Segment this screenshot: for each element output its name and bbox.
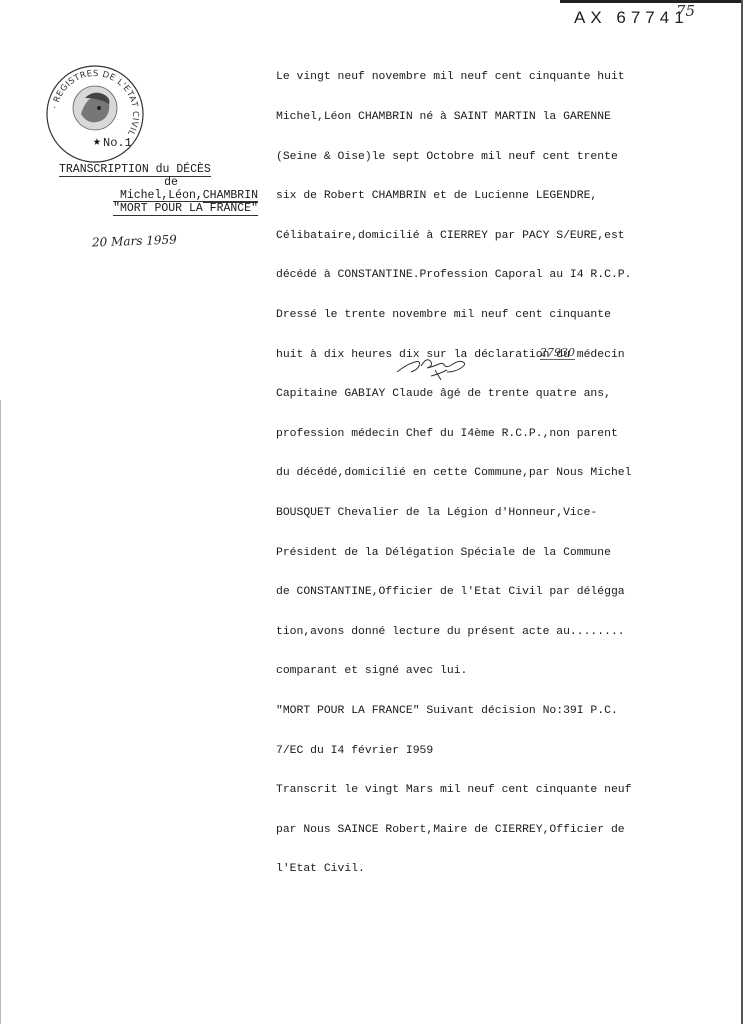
reference-suffix: 75 (676, 2, 695, 20)
handwritten-date: 20 Mars 1959 (92, 233, 177, 250)
body-line: Dressé le trente novembre mil neuf cent … (276, 309, 736, 322)
body-line: Transcrit le vingt Mars mil neuf cent ci… (276, 784, 736, 797)
margin-annotation: TRANSCRIPTION du DÉCÈS de Michel,Léon,CH… (54, 163, 268, 215)
body-line: BOUSQUET Chevalier de la Légion d'Honneu… (276, 507, 736, 520)
body-line: Président de la Délégation Spéciale de l… (276, 547, 736, 560)
body-line: Capitaine GABIAY Claude âgé de trente qu… (276, 388, 736, 401)
margin-mort-pour-la-france: "MORT POUR LA FRANCE" (54, 202, 268, 215)
body-line: comparant et signé avec lui. (276, 665, 736, 678)
body-line: (Seine & Oise)le sept Octobre mil neuf c… (276, 151, 736, 164)
body-line: 7/EC du I4 février I959 (276, 745, 736, 758)
body-line: Le vingt neuf novembre mil neuf cent cin… (276, 71, 736, 84)
body-line: tion,avons donné lecture du présent acte… (276, 626, 736, 639)
body-line: par Nous SAINCE Robert,Maire de CIERREY,… (276, 824, 736, 837)
margin-de: de (54, 176, 268, 189)
body-line: décédé à CONSTANTINE.Profession Caporal … (276, 269, 736, 282)
scan-edge-left (0, 400, 1, 1024)
registry-number: 27930 (540, 346, 575, 360)
body-line: "MORT POUR LA FRANCE" Suivant décision N… (276, 705, 736, 718)
margin-title: TRANSCRIPTION du DÉCÈS (54, 163, 268, 176)
mayor-signature (395, 348, 485, 382)
body-line: huit à dix heures dix sur la déclaration… (276, 349, 736, 362)
star-icon: ★ (93, 134, 101, 149)
stamp-number: No.1 (103, 136, 132, 150)
body-line: du décédé,domicilié en cette Commune,par… (276, 467, 736, 480)
body-line: six de Robert CHAMBRIN et de Lucienne LE… (276, 190, 736, 203)
act-body: Le vingt neuf novembre mil neuf cent cin… (276, 45, 736, 890)
scan-edge-top (560, 0, 743, 3)
body-line: profession médecin Chef du I4ème R.C.P.,… (276, 428, 736, 441)
body-line: Michel,Léon CHAMBRIN né à SAINT MARTIN l… (276, 111, 736, 124)
body-line: Célibataire,domicilié à CIERREY par PACY… (276, 230, 736, 243)
reference-number: AX 67741 (574, 8, 689, 28)
body-line: de CONSTANTINE,Officier de l'Etat Civil … (276, 586, 736, 599)
body-line: l'Etat Civil. (276, 863, 736, 876)
